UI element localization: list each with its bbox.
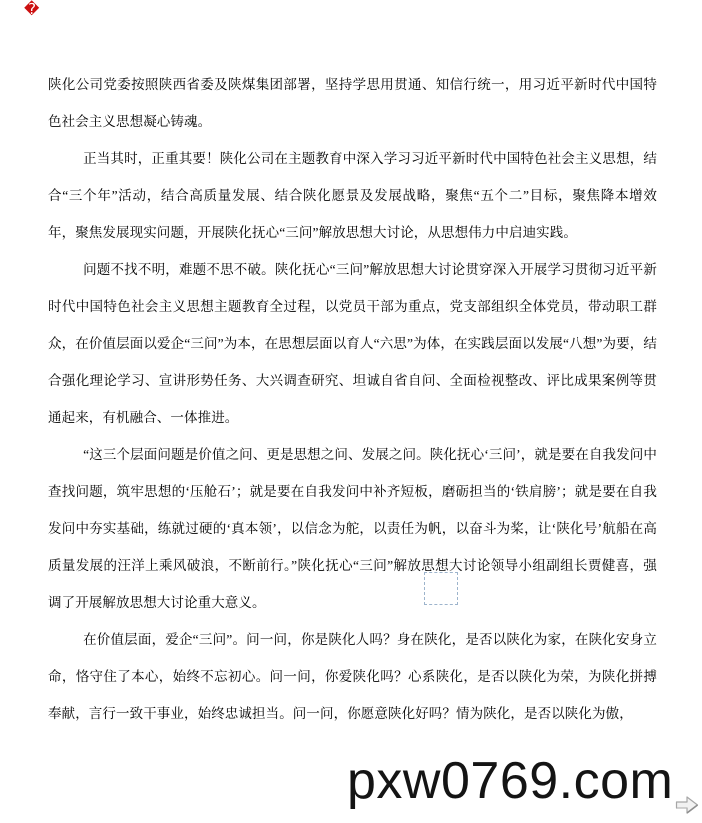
document-paragraph: 在价值层面，爱企“三问”。问一问，你是陕化人吗？身在陕化，是否以陕化为家，在陕化… [48, 621, 657, 732]
document-page: � 陕化公司党委按照陕西省委及陕煤集团部署，坚持学思用贯通、知信行统一，用习近平… [0, 0, 702, 823]
document-paragraph: 陕化公司党委按照陕西省委及陕煤集团部署，坚持学思用贯通、知信行统一，用习近平新时… [48, 66, 657, 140]
next-page-arrow-icon[interactable] [675, 795, 699, 815]
document-paragraph: 正当其时，正重其要！陕化公司在主题教育中深入学习习近平新时代中国特色社会主义思想… [48, 140, 657, 251]
watermark-text: pxw0769.com [347, 753, 673, 809]
empty-textbox-placeholder [424, 572, 458, 605]
document-paragraph: 问题不找不明，难题不思不破。陕化抚心“三问”解放思想大讨论贯穿深入开展学习贯彻习… [48, 251, 657, 436]
missing-glyph-icon: � [24, 2, 39, 17]
document-paragraph: “这三个层面问题是价值之问、更是思想之问、发展之问。陕化抚心‘三问’，就是要在自… [48, 436, 657, 621]
document-text-body: 陕化公司党委按照陕西省委及陕煤集团部署，坚持学思用贯通、知信行统一，用习近平新时… [48, 66, 657, 732]
